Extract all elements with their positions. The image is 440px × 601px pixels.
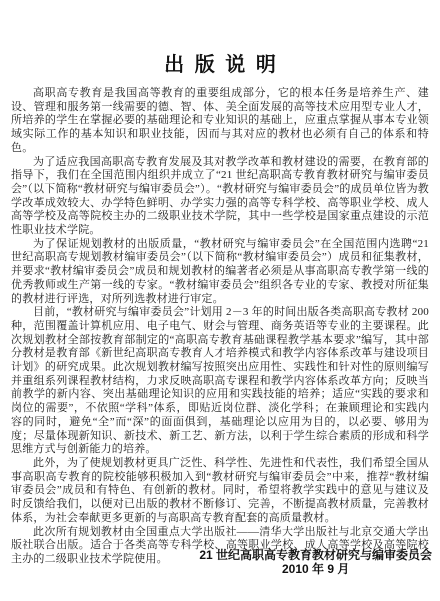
paragraph-3: 为了保证规划教材的出版质量，“教材研究与编审委员会”在全国范围内选聘“21 世纪… bbox=[11, 238, 429, 307]
page-title: 出 版 说 明 bbox=[11, 52, 429, 78]
paragraph-4: 目前，“教材研究与编审委员会”计划用 2－3 年的时间出版各类高职高专教材 20… bbox=[11, 306, 429, 457]
footer: 21 世纪高职高专教育教材研究与编审委员会 2010 年 9 月 bbox=[199, 548, 432, 578]
paragraph-1: 高职高专教育是我国高等教育的重要组成部分，它的根本任务是培养生产、建设、管理和服… bbox=[11, 87, 429, 156]
paragraph-5: 此外，为了使规划教材更具广泛性、科学性、先进性和代表性，我们希望全国从事高职高专… bbox=[11, 457, 429, 526]
book-page: 出 版 说 明 高职高专教育是我国高等教育的重要组成部分，它的根本任务是培养生产… bbox=[0, 0, 440, 601]
body-text: 高职高专教育是我国高等教育的重要组成部分，它的根本任务是培养生产、建设、管理和服… bbox=[11, 87, 429, 567]
publication-date: 2010 年 9 月 bbox=[199, 562, 432, 576]
paragraph-2: 为了适应我国高职高专教育发展及其对教学改革和教材建设的需要，在教育部的指导下，我… bbox=[11, 156, 429, 238]
footer-signature-block: 21 世纪高职高专教育教材研究与编审委员会 2010 年 9 月 bbox=[199, 548, 432, 576]
committee-signature: 21 世纪高职高专教育教材研究与编审委员会 bbox=[199, 548, 432, 562]
